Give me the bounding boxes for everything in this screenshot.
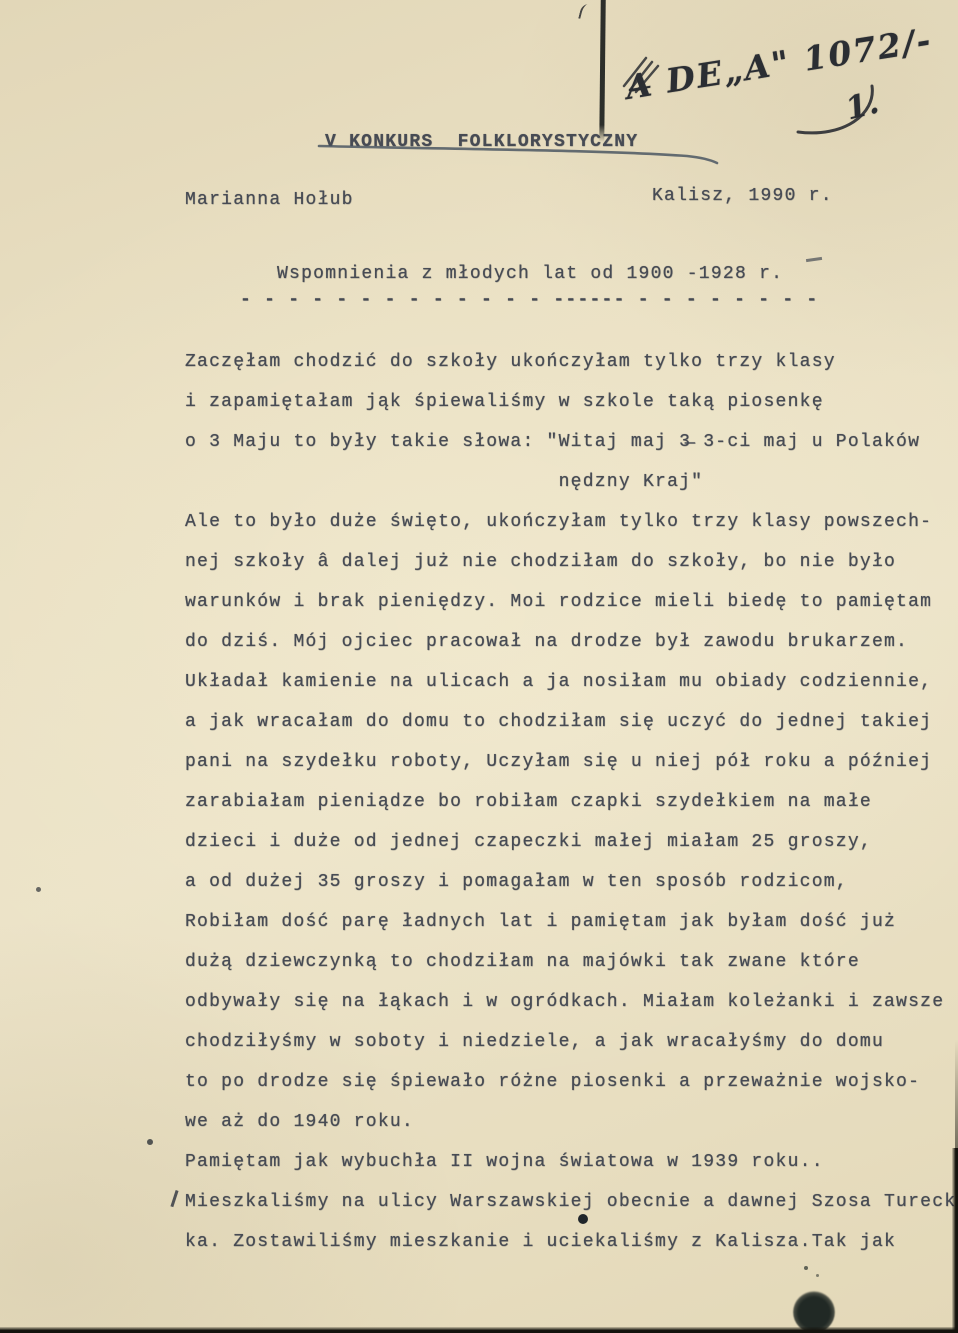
typed-line: Mieszkaliśmy na ulicy Warszawskiej obecn… bbox=[185, 1182, 958, 1222]
typed-line: a od dużej 35 groszy i pomagałam w ten s… bbox=[185, 862, 958, 902]
memoir-subtitle: Wspomnienia z młodych lat od 1900 -1928 … bbox=[277, 262, 783, 286]
pen-slash-mark bbox=[170, 1190, 178, 1207]
typed-line: zarabiałam pieniądze bo robiłam czapki s… bbox=[185, 782, 958, 822]
pen-strikethrough-line bbox=[315, 136, 725, 170]
typed-line: Ale to było duże święto, ukończyłam tylk… bbox=[185, 502, 958, 542]
noise-squiggle bbox=[578, 3, 593, 21]
memoir-body: Zaczęłam chodzić do szkoły ukończyłam ty… bbox=[185, 342, 958, 1262]
handwriting-flourish-underline bbox=[760, 80, 890, 160]
typed-line: nej szkoły â dalej już nie chodziłam do … bbox=[185, 542, 958, 582]
typed-line: Robiłam dość parę ładnych lat i pamiętam… bbox=[185, 902, 958, 942]
author-name: Marianna Hołub bbox=[185, 188, 354, 212]
typed-line: o 3 Maju to były takie słowa: "Witaj maj… bbox=[185, 422, 958, 462]
ink-speck bbox=[804, 1266, 808, 1270]
typed-line: we aż do 1940 roku. bbox=[185, 1102, 958, 1142]
scanned-document-page: A̶ DE„A" 1072/- 1. V KONKURS FOLKLORYSTY… bbox=[0, 0, 958, 1333]
handwritten-archive-number: A̶ DE„A" 1072/- 1. bbox=[610, 26, 950, 146]
handwriting-scribble-marks bbox=[616, 52, 666, 96]
scan-edge-bottom bbox=[0, 1327, 958, 1333]
typed-line: dużą dziewczynką to chodziłam na majówki… bbox=[185, 942, 958, 982]
ink-dot bbox=[578, 1214, 588, 1224]
scan-crease-line bbox=[599, 0, 605, 142]
typed-line: warunków i brak pieniędzy. Moi rodzice m… bbox=[185, 582, 958, 622]
typed-line: Pamiętam jak wybuchła II wojna światowa … bbox=[185, 1142, 958, 1182]
typed-line: odbywały się na łąkach i w ogródkach. Mi… bbox=[185, 982, 958, 1022]
ink-speck bbox=[816, 1274, 819, 1277]
typed-line: a jak wracałam do domu to chodziłam się … bbox=[185, 702, 958, 742]
typed-line: to po drodze się śpiewało różne piosenki… bbox=[185, 1062, 958, 1102]
typed-line: nędzny Kraj" bbox=[185, 462, 958, 502]
typed-line: Układał kamienie na ulicach a ja nosiłam… bbox=[185, 662, 958, 702]
place-and-date: Kalisz, 1990 r. bbox=[652, 184, 833, 208]
typed-dash-underline: - - - - - - - - - - - - - ------ - - - -… bbox=[240, 288, 818, 312]
ink-dot bbox=[36, 887, 41, 892]
scan-edge-right bbox=[952, 1148, 958, 1333]
typed-line: do dziś. Mój ojciec pracował na drodze b… bbox=[185, 622, 958, 662]
typed-line: i zapamiętałam jąk śpiewaliśmy w szkole … bbox=[185, 382, 958, 422]
typed-line: pani na szydełku roboty, Uczyłam się u n… bbox=[185, 742, 958, 782]
typed-line: ka. Zostawiliśmy mieszkanie i uciekaliśm… bbox=[185, 1222, 958, 1262]
noise-tick bbox=[806, 257, 822, 262]
ink-dot bbox=[147, 1139, 153, 1145]
typed-line: Zaczęłam chodzić do szkoły ukończyłam ty… bbox=[185, 342, 958, 382]
typed-line: dzieci i duże od jednej czapeczki małej … bbox=[185, 822, 958, 862]
typed-line: chodziłyśmy w soboty i niedziele, a jak … bbox=[185, 1022, 958, 1062]
